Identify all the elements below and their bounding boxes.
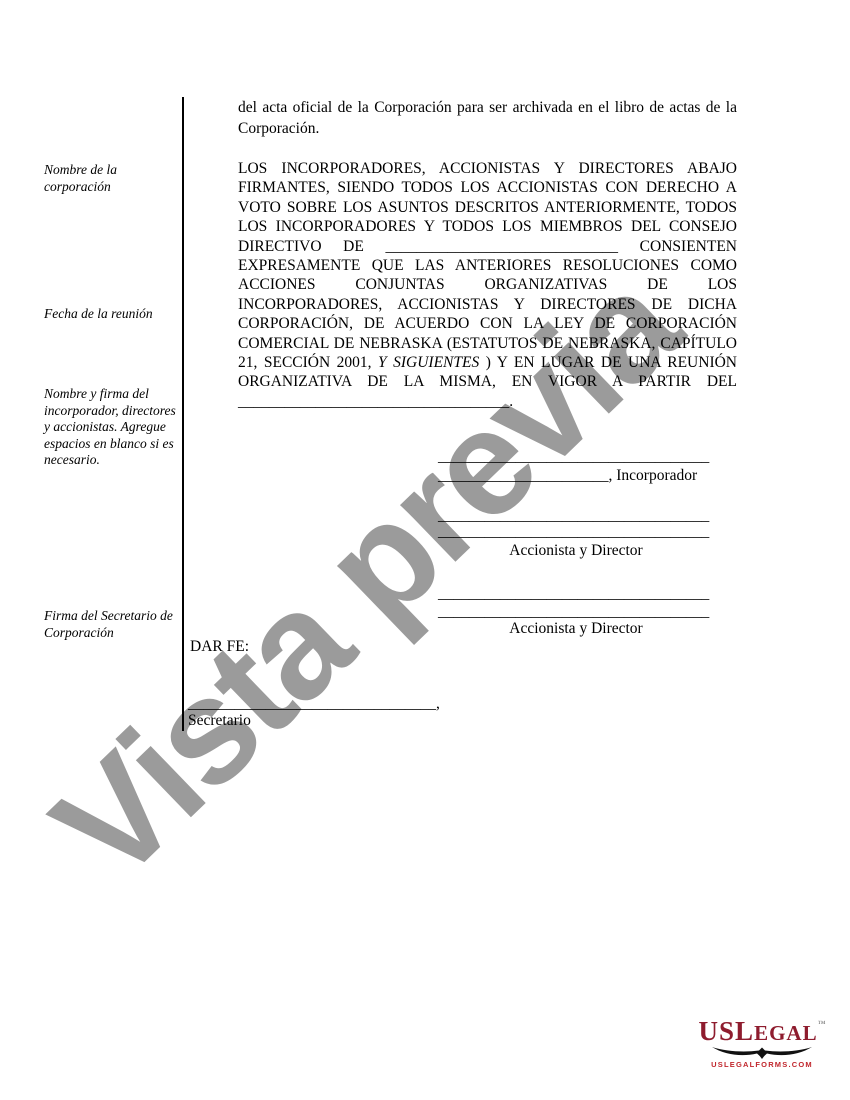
uslegal-wordmark: USLEGAL™: [698, 1018, 826, 1045]
signature-blank: ______________________: [438, 467, 609, 484]
margin-note-corporation-name: Nombre de la corporación: [44, 162, 144, 195]
margin-note-meeting-date: Fecha de la reunión: [44, 306, 189, 323]
signature-line: ___________________________________: [438, 507, 714, 524]
signature-line-incorporador: ______________________, Incorporador: [438, 467, 714, 484]
consent-paragraph: LOS INCORPORADORES, ACCIONISTAS Y DIRECT…: [238, 159, 737, 411]
uslegal-logo: USLEGAL™ USLEGALFORMS.COM: [698, 1018, 826, 1069]
secretario-label: Secretario: [188, 712, 251, 729]
eagle-icon: [710, 1046, 814, 1059]
wordmark-primary: USL: [699, 1016, 755, 1046]
signature-label-accionista-1: Accionista y Director: [438, 542, 714, 559]
signature-line: ___________________________________: [438, 448, 714, 465]
signature-label-incorporador: , Incorporador: [609, 467, 698, 484]
intro-paragraph: del acta oficial de la Corporación para …: [238, 97, 737, 139]
margin-note-secretary-signature: Firma del Secretario de Corporación: [44, 608, 179, 641]
trademark-symbol: ™: [818, 1019, 826, 1028]
signature-line: ___________________________________: [438, 585, 714, 602]
wordmark-secondary: EGAL: [754, 1021, 818, 1045]
dar-fe-label: DAR FE:: [190, 638, 249, 655]
signature-label-accionista-2: Accionista y Director: [438, 620, 714, 637]
uslegal-tagline: USLEGALFORMS.COM: [698, 1060, 826, 1069]
document-page: Vista previa Nombre de la corporación Fe…: [0, 0, 850, 1100]
signature-line: ___________________________________: [438, 523, 714, 540]
signature-line: ___________________________________: [438, 603, 714, 620]
secretario-signature-line: ________________________________,: [188, 695, 440, 712]
document-content: Nombre de la corporación Fecha de la reu…: [0, 0, 850, 1100]
margin-note-incorporator-signatures: Nombre y firma del incorporador, directo…: [44, 386, 184, 469]
